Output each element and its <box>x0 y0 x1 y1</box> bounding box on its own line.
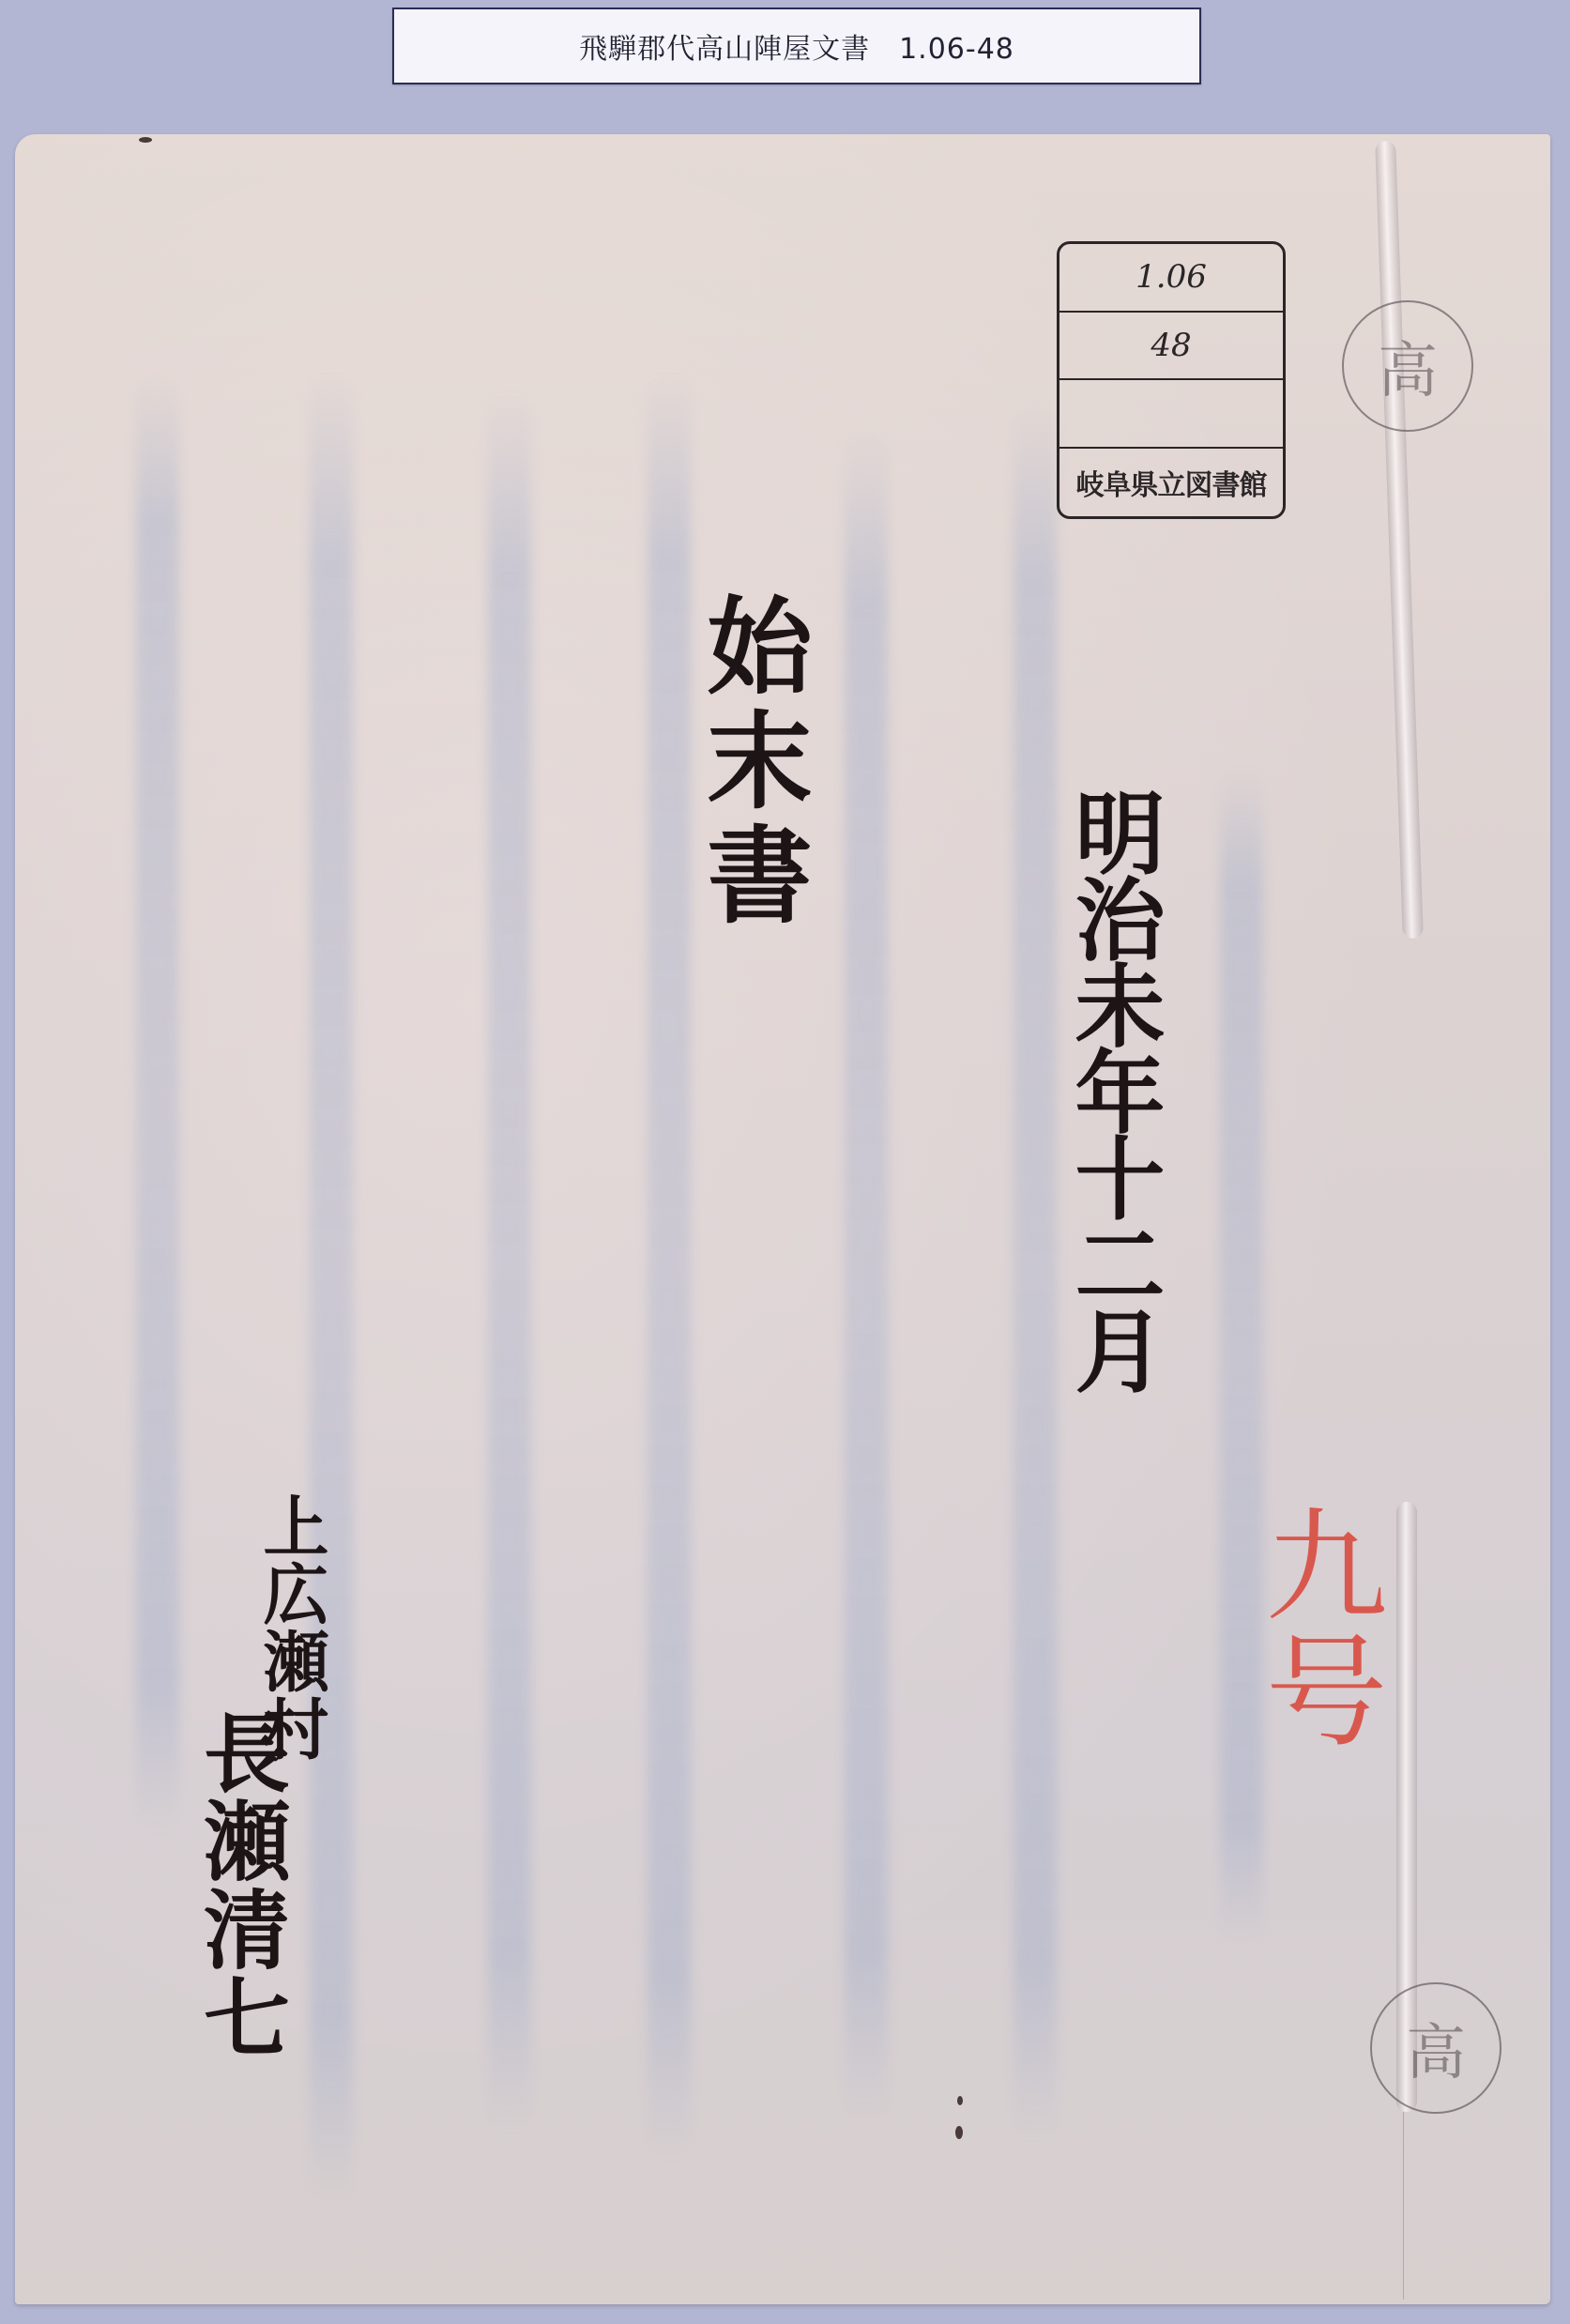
stamp-row-1: 1.06 <box>1059 244 1283 313</box>
stamp-row-2: 48 <box>1059 313 1283 381</box>
round-seal-icon: 高 <box>1370 1982 1501 2114</box>
ink-spot <box>955 2126 963 2139</box>
document-date: 明治未年十二月 <box>1049 787 1178 1391</box>
catalog-label: 飛騨郡代高山陣屋文書 1.06-48 <box>392 8 1201 84</box>
ink-spot <box>957 2096 963 2105</box>
bleed-through-column <box>310 375 353 2206</box>
bleed-through-column <box>845 432 888 2121</box>
signatory-name: 長瀬清七 <box>178 1708 302 2061</box>
ink-spot <box>139 137 152 143</box>
paper-crease <box>1403 2112 1404 2300</box>
bleed-through-column <box>136 375 179 1830</box>
stamp-owner: 岐阜県立図書館 <box>1059 449 1283 516</box>
red-number-annotation: 九号 <box>1229 1502 1405 1753</box>
bleed-through-column <box>1220 770 1263 1943</box>
round-seal-icon: 高 <box>1342 300 1473 432</box>
catalog-label-text: 飛騨郡代高山陣屋文書 1.06-48 <box>579 25 1014 67</box>
stamp-row-3 <box>1059 380 1283 449</box>
document-title: 始末書 <box>676 591 827 935</box>
bleed-through-column <box>488 394 531 2131</box>
library-stamp: 1.06 48 岐阜県立図書館 <box>1057 241 1286 519</box>
